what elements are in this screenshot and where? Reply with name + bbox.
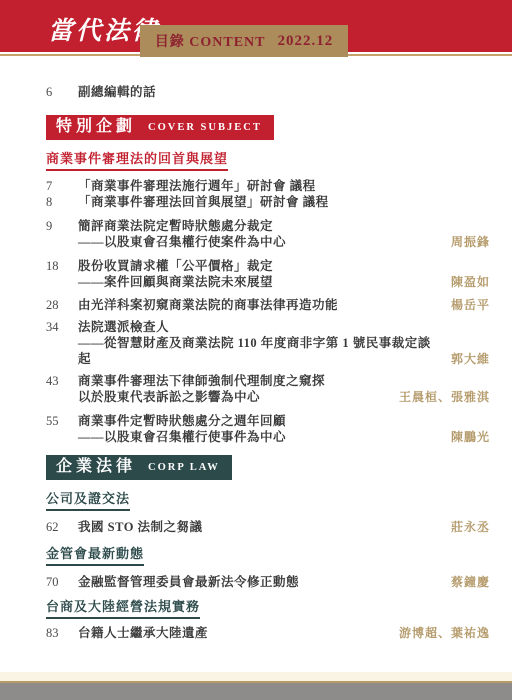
- page-bottom-edge: [0, 672, 512, 700]
- entry-page-number: 34: [46, 319, 78, 335]
- toc-entry: 8 「商業事件審理法回首與展望」研討會 議程: [46, 194, 490, 210]
- entry-title: 副總編輯的話: [78, 84, 490, 100]
- toc-entry: 55 商業事件定暫時狀態處分之週年回顧——以股東會召集權行使事件為中心 陳鵬光: [46, 413, 490, 445]
- toc-entry: 70 金融監督管理委員會最新法令修正動態 蔡鐘慶: [46, 574, 490, 590]
- toc-entry: 28 由光洋科案初窺商業法院的商事法律再造功能 楊岳平: [46, 297, 490, 313]
- toc-page: 當代法律 目錄 CONTENT 2022.12 6 副總編輯的話 特別企劃 CO…: [0, 0, 512, 700]
- section-title-zh: 企業法律: [56, 458, 136, 475]
- section-title-en: COVER SUBJECT: [148, 122, 262, 133]
- entry-title: 由光洋科案初窺商業法院的商事法律再造功能: [78, 297, 443, 313]
- section-title-en: CORP LAW: [148, 462, 220, 473]
- entry-page-number: 55: [46, 413, 78, 429]
- toc-entry: 7 「商業事件審理法施行週年」研討會 議程: [46, 178, 490, 194]
- entry-title: 簡評商業法院定暫時狀態處分裁定——以股東會召集權行使案件為中心: [78, 218, 443, 250]
- entry-page-number: 28: [46, 297, 78, 313]
- entry-page-number: 18: [46, 258, 78, 274]
- entry-title: 股份收買請求權「公平價格」裁定——案件回顧與商業法院未來展望: [78, 258, 443, 290]
- entry-author: 周振鋒: [451, 234, 490, 250]
- masthead: 當代法律 目錄 CONTENT 2022.12: [0, 0, 512, 57]
- section-subtitle: 商業事件審理法的回首與展望: [46, 148, 228, 171]
- entry-title: 台籍人士繼承大陸遺產: [78, 625, 391, 641]
- entry-page-number: 62: [46, 519, 78, 535]
- toc-content: 6 副總編輯的話 特別企劃 COVER SUBJECT 商業事件審理法的回首與展…: [0, 57, 512, 641]
- entry-page-number: 9: [46, 218, 78, 234]
- group-heading: 台商及大陸經營法規實務: [46, 596, 200, 619]
- entry-title: 金融監督管理委員會最新法令修正動態: [78, 574, 443, 590]
- section-banner-cover-subject: 特別企劃 COVER SUBJECT: [46, 115, 274, 140]
- toc-entry: 83 台籍人士繼承大陸遺產 游博超、葉祐逸: [46, 625, 490, 641]
- toc-entry: 18 股份收買請求權「公平價格」裁定——案件回顧與商業法院未來展望 陳盈如: [46, 258, 490, 290]
- entry-author: 楊岳平: [451, 297, 490, 313]
- toc-label: 目錄 CONTENT: [155, 31, 266, 51]
- entry-author: 蔡鐘慶: [451, 574, 490, 590]
- toc-entry: 6 副總編輯的話: [46, 84, 490, 100]
- entry-title: 「商業事件審理法回首與展望」研討會 議程: [78, 194, 490, 210]
- entry-author: 游博超、葉祐逸: [399, 625, 490, 641]
- issue-date: 2022.12: [277, 33, 333, 50]
- entry-page-number: 7: [46, 178, 78, 194]
- toc-entry: 9 簡評商業法院定暫時狀態處分裁定——以股東會召集權行使案件為中心 周振鋒: [46, 218, 490, 250]
- entry-title: 我國 STO 法制之芻議: [78, 519, 443, 535]
- toc-entry: 43 商業事件審理法下律師強制代理制度之窺探以於股東代表訴訟之影響為中心 王晨桓…: [46, 373, 490, 405]
- group-heading: 公司及證交法: [46, 488, 130, 511]
- entry-title: 「商業事件審理法施行週年」研討會 議程: [78, 178, 490, 194]
- entry-page-number: 8: [46, 194, 78, 210]
- entry-title: 商業事件審理法下律師強制代理制度之窺探以於股東代表訴訟之影響為中心: [78, 373, 391, 405]
- group-heading: 金管會最新動態: [46, 543, 144, 566]
- footer-cream-band: [0, 672, 512, 681]
- toc-banner: 目錄 CONTENT 2022.12: [140, 25, 348, 57]
- section-banner-corp-law: 企業法律 CORP LAW: [46, 455, 232, 480]
- entry-page-number: 83: [46, 625, 78, 641]
- toc-entry: 34 法院選派檢查人——從智慧財產及商業法院 110 年度商非字第 1 號民事裁…: [46, 319, 490, 367]
- entry-author: 莊永丞: [451, 519, 490, 535]
- entry-title: 法院選派檢查人——從智慧財產及商業法院 110 年度商非字第 1 號民事裁定談起: [78, 319, 443, 367]
- entry-author: 陳盈如: [451, 274, 490, 290]
- section-title-zh: 特別企劃: [56, 118, 136, 135]
- entry-page-number: 70: [46, 574, 78, 590]
- toc-entry: 62 我國 STO 法制之芻議 莊永丞: [46, 519, 490, 535]
- entry-title: 商業事件定暫時狀態處分之週年回顧——以股東會召集權行使事件為中心: [78, 413, 443, 445]
- footer-gray-strip: [0, 683, 512, 700]
- entry-author: 王晨桓、張雅淇: [399, 389, 490, 405]
- entry-author: 郭大維: [451, 351, 490, 367]
- entry-page-number: 43: [46, 373, 78, 389]
- entry-author: 陳鵬光: [451, 429, 490, 445]
- entry-page-number: 6: [46, 84, 78, 100]
